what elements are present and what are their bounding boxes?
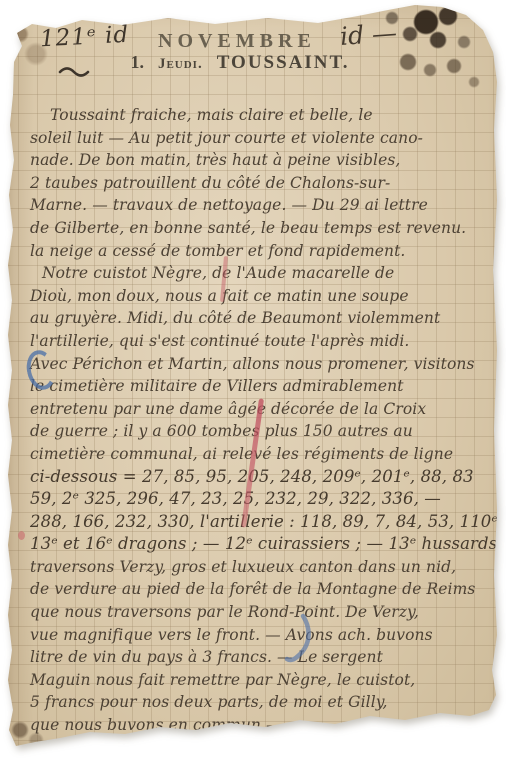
printed-month-title: NOVEMBRE — [158, 30, 316, 53]
diary-line: que nous buvons en commun — .. — [30, 714, 486, 737]
paper-sheet: 121ᵉ id NOVEMBRE id — 1. Jeudi. TOUSSAIN… — [0, 0, 506, 768]
diary-line: Toussaint fraiche, mais claire et belle,… — [30, 104, 486, 127]
handwritten-id-annotation: id — — [339, 18, 398, 51]
diary-line: au gruyère. Midi, du côté de Beaumont vi… — [30, 307, 486, 330]
diary-line: 288, 166, 232, 330, l'artillerie : 118, … — [30, 511, 486, 534]
diary-line: de verdure au pied de la forêt de la Mon… — [30, 578, 486, 601]
diary-line: 2 taubes patrouillent du côté de Chalons… — [30, 172, 486, 195]
diary-line: litre de vin du pays à 3 francs. — Le se… — [30, 646, 486, 669]
diary-line: 59, 2ᵉ 325, 296, 47, 23, 25, 232, 29, 32… — [30, 488, 486, 511]
diary-line: soleil luit — Au petit jour courte et vi… — [30, 127, 486, 150]
day-number: 1. — [130, 52, 144, 72]
diary-line: de Gilberte, en bonne santé, le beau tem… — [30, 217, 486, 240]
page-number-annotation: 121ᵉ id — [39, 22, 129, 53]
printed-day-line: 1. Jeudi. TOUSSAINT. — [0, 52, 480, 74]
diary-line: Avec Périchon et Martin, allons nous pro… — [30, 353, 486, 376]
diary-line: nade. De bon matin, très haut à peine vi… — [30, 149, 486, 172]
diary-line: l'artillerie, qui s'est continué toute l… — [30, 330, 486, 353]
diary-line: le cimetière militaire de Villers admira… — [30, 375, 486, 398]
feast-label: TOUSSAINT. — [217, 52, 350, 73]
diary-line: 5 francs pour nos deux parts, de moi et … — [30, 691, 486, 714]
diary-line: Maguin nous fait remettre par Nègre, le … — [30, 669, 486, 692]
diary-line: Dioù, mon doux, nous a fait ce matin une… — [30, 285, 486, 308]
red-pencil-speck — [18, 531, 25, 540]
diary-page-scan: 121ᵉ id NOVEMBRE id — 1. Jeudi. TOUSSAIN… — [0, 0, 506, 768]
diary-line: la neige a cessé de tomber et fond rapid… — [30, 240, 486, 263]
diary-line: traversons Verzy, gros et luxueux canton… — [30, 556, 486, 579]
diary-line: ci-dessous = 27, 85, 95, 205, 248, 209ᵉ,… — [30, 466, 486, 489]
diary-line: Notre cuistot Nègre, de l'Aude macarelle… — [30, 262, 486, 285]
diary-line: 13ᵉ et 16ᵉ dragons ; — 12ᵉ cuirassiers ;… — [30, 533, 486, 556]
diary-line: Marne. — travaux de nettoyage. — Du 29 a… — [30, 194, 486, 217]
diary-line: cimetière communal, ai relevé les régime… — [30, 443, 486, 466]
diary-line: que nous traversons par le Rond-Point. D… — [30, 601, 486, 624]
weekday-label: Jeudi. — [158, 56, 203, 72]
blue-crayon-hook-mark — [283, 612, 313, 668]
diary-line: vue magnifique vers le front. — Avons ac… — [30, 624, 486, 647]
